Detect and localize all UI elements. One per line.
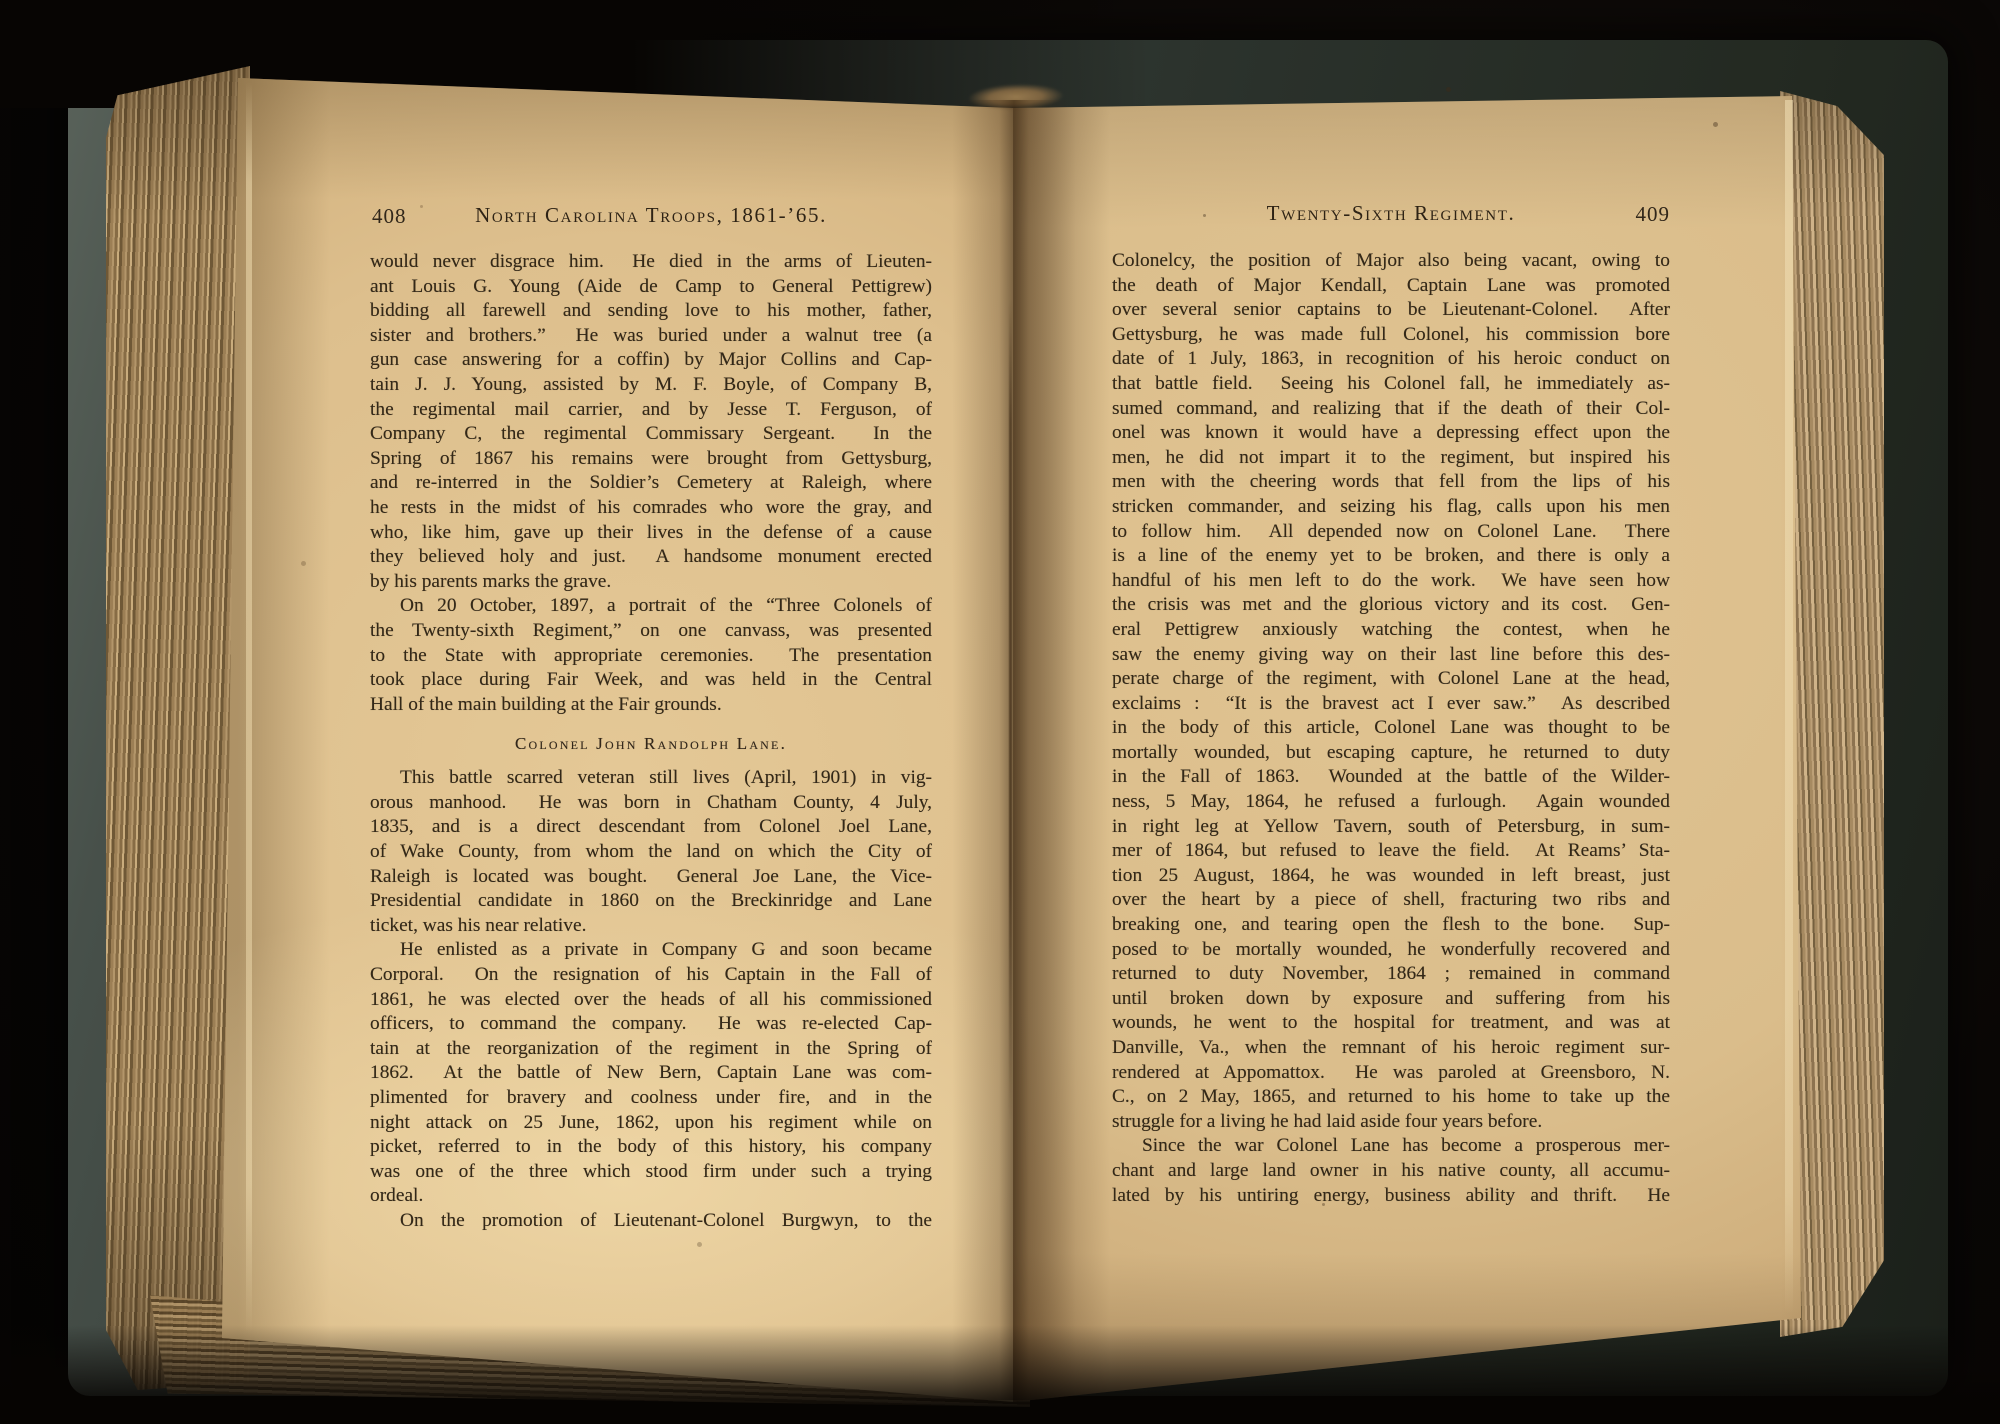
- text-line: Gettysburg, he was made full Colonel, hi…: [1112, 323, 1670, 348]
- text-line: ness, 5 May, 1864, he refused a furlough…: [1112, 790, 1670, 815]
- text-line: He enlisted as a private in Company G an…: [370, 938, 932, 963]
- text-line: and re-interred in the Soldier’s Cemeter…: [370, 471, 932, 496]
- right-page-edge-highlight: [1785, 100, 1793, 1314]
- left-running-title: North Carolina Troops, 1861-’65.: [370, 203, 932, 228]
- gutter-shadow: [952, 100, 1076, 1400]
- text-line: night attack on 25 June, 1862, upon his …: [370, 1111, 932, 1136]
- text-line: the crisis was met and the glorious vict…: [1112, 593, 1670, 618]
- text-line: in the Fall of 1863. Wounded at the batt…: [1112, 765, 1670, 790]
- text-line: by his parents marks the grave.: [370, 570, 932, 595]
- text-line: 1862. At the battle of New Bern, Captain…: [370, 1061, 932, 1086]
- text-line: tion 25 August, 1864, he was wounded in …: [1112, 864, 1670, 889]
- text-line: to follow him. All depended now on Colon…: [1112, 520, 1670, 545]
- text-line: perate charge of the regiment, with Colo…: [1112, 667, 1670, 692]
- text-line: date of 1 July, 1863, in recognition of …: [1112, 347, 1670, 372]
- text-line: Spring of 1867 his remains were brought …: [370, 447, 932, 472]
- text-line: took place during Fair Week, and was hel…: [370, 668, 932, 693]
- paragraph: On the promotion of Lieutenant-Colonel B…: [370, 1209, 932, 1234]
- text-line: eral Pettigrew anxiously watching the co…: [1112, 618, 1670, 643]
- gutter-crease: [1009, 300, 1012, 1120]
- left-page-number: 408: [372, 204, 407, 229]
- text-line: exclaims : “It is the bravest act I ever…: [1112, 692, 1670, 717]
- text-line: they believed holy and just. A handsome …: [370, 545, 932, 570]
- text-line: 1835, and is a direct descendant from Co…: [370, 815, 932, 840]
- text-line: chant and large land owner in his native…: [1112, 1159, 1670, 1184]
- text-line: he rests in the midst of his comrades wh…: [370, 496, 932, 521]
- right-running-title: Twenty-Sixth Regiment.: [1112, 201, 1670, 226]
- right-page-header: Twenty-Sixth Regiment. 409: [1112, 201, 1670, 229]
- text-line: the regimental mail carrier, and by Jess…: [370, 398, 932, 423]
- text-line: Corporal. On the resignation of his Capt…: [370, 963, 932, 988]
- text-line: men with the cheering words that fell fr…: [1112, 470, 1670, 495]
- text-line: ticket, was his near relative.: [370, 914, 932, 939]
- text-line: in the body of this article, Colonel Lan…: [1112, 716, 1670, 741]
- text-line: tain at the reorganization of the regime…: [370, 1037, 932, 1062]
- text-line: the Twenty-sixth Regiment,” on one canva…: [370, 619, 932, 644]
- text-line: wounds, he went to the hospital for trea…: [1112, 1011, 1670, 1036]
- text-line: of Wake County, from whom the land on wh…: [370, 840, 932, 865]
- text-line: mer of 1864, but refused to leave the fi…: [1112, 839, 1670, 864]
- text-line: over the heart by a piece of shell, frac…: [1112, 888, 1670, 913]
- text-line: ant Louis G. Young (Aide de Camp to Gene…: [370, 275, 932, 300]
- text-line: ordeal.: [370, 1184, 932, 1209]
- left-page-body: would never disgrace him. He died in the…: [370, 250, 932, 1234]
- text-line: lated by his untiring energy, business a…: [1112, 1184, 1670, 1209]
- text-line: bidding all farewell and sending love to…: [370, 299, 932, 324]
- text-line: sumed command, and realizing that if the…: [1112, 397, 1670, 422]
- text-line: rendered at Appomattox. He was paroled a…: [1112, 1061, 1670, 1086]
- text-line: the death of Major Kendall, Captain Lane…: [1112, 274, 1670, 299]
- text-line: would never disgrace him. He died in the…: [370, 250, 932, 275]
- text-line: plimented for bravery and coolness under…: [370, 1086, 932, 1111]
- text-line: Company C, the regimental Commissary Ser…: [370, 422, 932, 447]
- text-line: C., on 2 May, 1865, and returned to his …: [1112, 1085, 1670, 1110]
- paper-specks: [0, 0, 3, 3]
- text-line: struggle for a living he had laid aside …: [1112, 1110, 1670, 1135]
- text-line: orous manhood. He was born in Chatham Co…: [370, 791, 932, 816]
- text-line: 1861, he was elected over the heads of a…: [370, 988, 932, 1013]
- text-line: to the State with appropriate ceremonies…: [370, 644, 932, 669]
- text-line: Presidential candidate in 1860 on the Br…: [370, 889, 932, 914]
- text-line: was one of the three which stood firm un…: [370, 1160, 932, 1185]
- text-line: who, like him, gave up their lives in th…: [370, 521, 932, 546]
- text-line: sister and brothers.” He was buried unde…: [370, 324, 932, 349]
- text-line: Raleigh is located was bought. General J…: [370, 865, 932, 890]
- paragraph: Since the war Colonel Lane has become a …: [1112, 1134, 1670, 1208]
- text-line: Danville, Va., when the remnant of his h…: [1112, 1036, 1670, 1061]
- text-line: gun case answering for a coffin) by Majo…: [370, 348, 932, 373]
- text-line: returned to duty November, 1864 ; remain…: [1112, 962, 1670, 987]
- paragraph: Colonelcy, the position of Major also be…: [1112, 249, 1670, 1134]
- text-line: officers, to command the company. He was…: [370, 1012, 932, 1037]
- left-page-header: 408 North Carolina Troops, 1861-’65.: [370, 203, 932, 231]
- text-line: posed to be mortally wounded, he wonderf…: [1112, 938, 1670, 963]
- right-page-body: Colonelcy, the position of Major also be…: [1112, 249, 1670, 1208]
- text-line: men, he did not impart it to the regimen…: [1112, 446, 1670, 471]
- text-line: picket, referred to in the body of this …: [370, 1135, 932, 1160]
- book-photo: 408 North Carolina Troops, 1861-’65. Twe…: [0, 0, 2000, 1424]
- text-line: Colonelcy, the position of Major also be…: [1112, 249, 1670, 274]
- bottom-shadow: [0, 1325, 2000, 1424]
- paragraph: This battle scarred veteran still lives …: [370, 766, 932, 938]
- text-line: On the promotion of Lieutenant-Colonel B…: [370, 1209, 932, 1234]
- text-line: mortally wounded, but escaping capture, …: [1112, 741, 1670, 766]
- text-line: saw the enemy giving way on their last l…: [1112, 643, 1670, 668]
- section-heading: Colonel John Randolph Lane.: [370, 733, 932, 755]
- text-line: onel was known it would have a depressin…: [1112, 421, 1670, 446]
- text-line: stricken commander, and seizing his flag…: [1112, 495, 1670, 520]
- text-line: in right leg at Yellow Tavern, south of …: [1112, 815, 1670, 840]
- text-line: On 20 October, 1897, a portrait of the “…: [370, 594, 932, 619]
- paragraph: On 20 October, 1897, a portrait of the “…: [370, 594, 932, 717]
- text-line: handful of his men left to do the work. …: [1112, 569, 1670, 594]
- right-page-number: 409: [1636, 202, 1671, 227]
- text-line: is a line of the enemy yet to be broken,…: [1112, 544, 1670, 569]
- left-page-edge-highlight: [246, 82, 252, 1334]
- text-line: Hall of the main building at the Fair gr…: [370, 693, 932, 718]
- paragraph: He enlisted as a private in Company G an…: [370, 938, 932, 1209]
- paragraph: would never disgrace him. He died in the…: [370, 250, 932, 594]
- text-line: that battle field. Seeing his Colonel fa…: [1112, 372, 1670, 397]
- text-line: Since the war Colonel Lane has become a …: [1112, 1134, 1670, 1159]
- text-line: breaking one, and tearing open the flesh…: [1112, 913, 1670, 938]
- text-line: tain J. J. Young, assisted by M. F. Boyl…: [370, 373, 932, 398]
- text-line: until broken down by exposure and suffer…: [1112, 987, 1670, 1012]
- text-line: This battle scarred veteran still lives …: [370, 766, 932, 791]
- text-line: over several senior captains to be Lieut…: [1112, 298, 1670, 323]
